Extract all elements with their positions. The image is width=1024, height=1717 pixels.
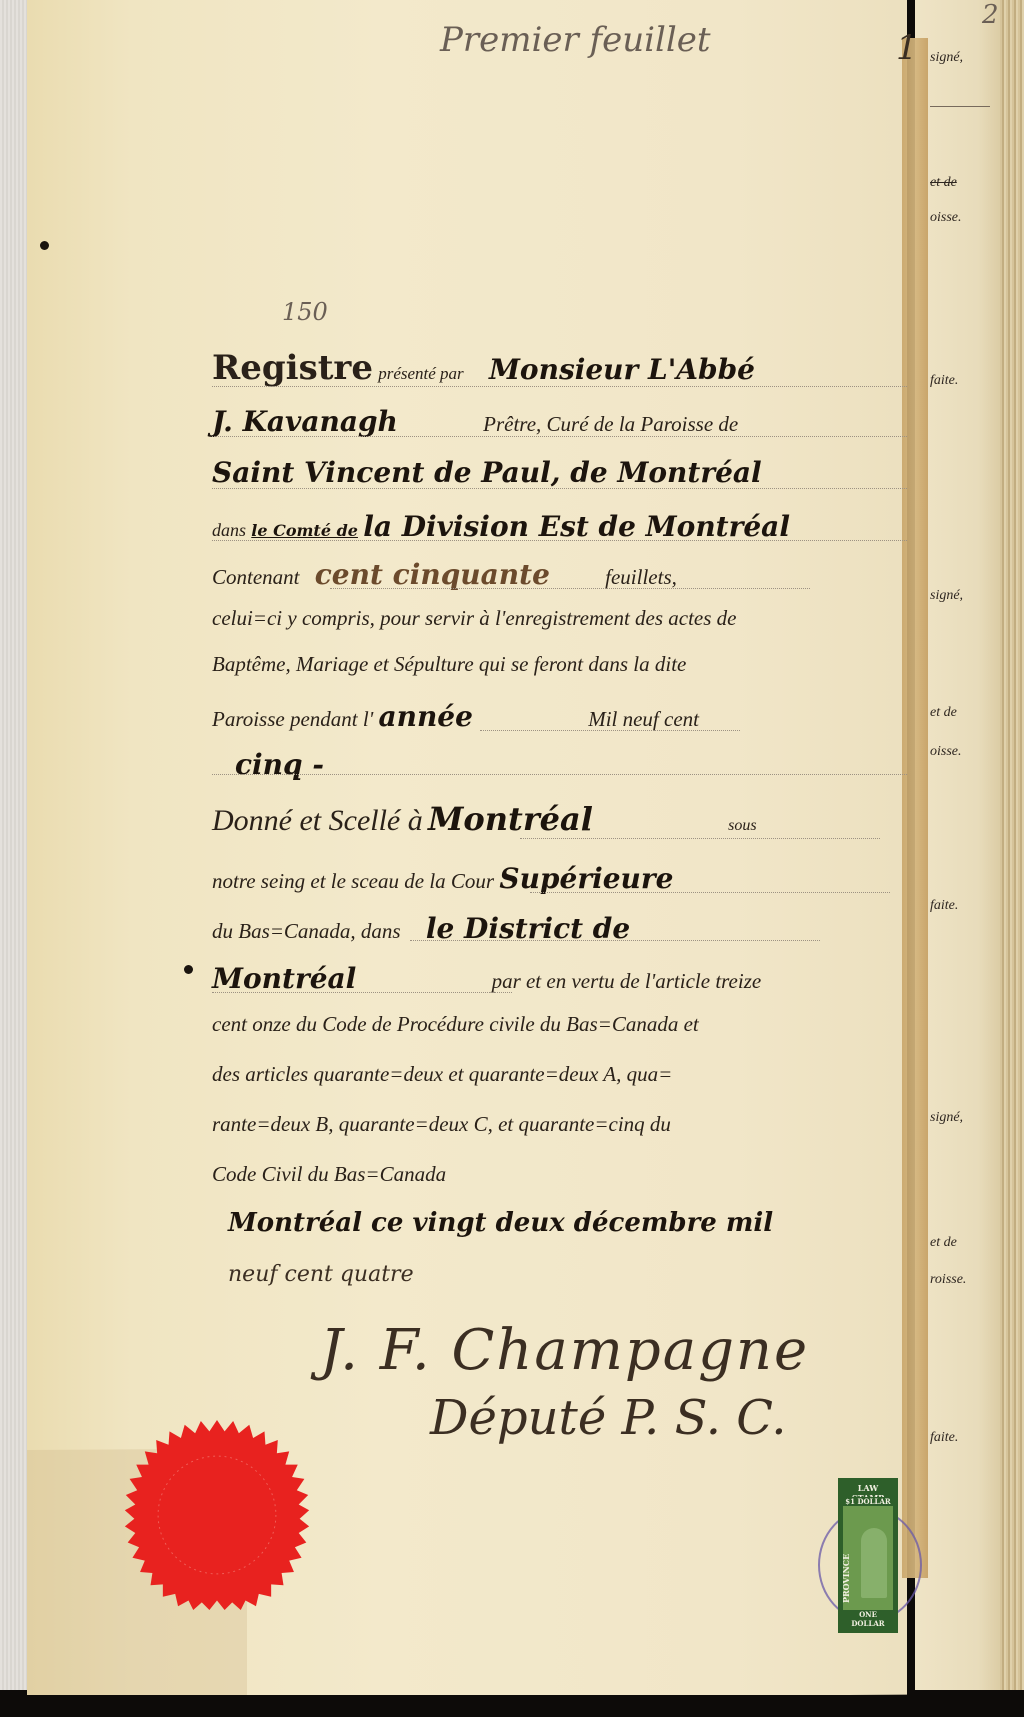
fill-line — [212, 774, 907, 775]
printed-text: Paroisse pendant l' — [212, 707, 373, 731]
binding-hole — [184, 965, 193, 974]
body-line-17: Code Civil du Bas=Canada — [212, 1162, 446, 1187]
printed-text: Mil neuf cent — [588, 707, 699, 731]
margin-fragment: signé, — [930, 50, 963, 66]
stamp-denomination: $1 DOLLAR — [843, 1497, 893, 1506]
printed-text: dans — [212, 520, 246, 540]
fill-line — [212, 992, 512, 993]
stamp-bottom-text: ONE DOLLAR — [843, 1610, 893, 1628]
printed-text: sous — [728, 817, 756, 834]
adjacent-page-edge — [915, 0, 1005, 1690]
handwritten-text: Saint Vincent de Paul, de Montréal — [212, 456, 762, 489]
closing-line-1: Montréal ce vingt deux décembre mil — [228, 1208, 773, 1238]
fill-line — [520, 838, 880, 839]
margin-fragment: oisse. — [930, 210, 962, 226]
book-binding-cloth — [0, 0, 27, 1690]
printed-text: présenté par — [378, 364, 463, 383]
margin-rule — [930, 106, 990, 107]
red-seal-icon — [122, 1420, 312, 1610]
law-stamp-one-dollar: LAW STAMP $1 DOLLAR PROVINCE ONE DOLLAR — [838, 1478, 898, 1633]
scan-background — [0, 1695, 1024, 1717]
margin-fragment: et de — [930, 705, 957, 721]
handwritten-text: J. Kavanagh — [212, 405, 398, 438]
signature-name: J. F. Champagne — [320, 1318, 809, 1383]
margin-fragment: faite. — [930, 898, 958, 914]
margin-fragment: faite. — [930, 373, 958, 389]
handwritten-text: Montréal — [428, 800, 593, 838]
fill-line — [212, 488, 907, 489]
body-line-11: notre seing et le sceau de la Cour Supér… — [212, 862, 673, 895]
margin-fragment: faite. — [930, 1430, 958, 1446]
body-line-14: cent onze du Code de Procédure civile du… — [212, 1012, 699, 1037]
fill-line — [410, 940, 820, 941]
stacked-page-edges — [1000, 0, 1024, 1690]
margin-fragment: signé, — [930, 588, 963, 604]
fill-line — [530, 892, 890, 893]
fill-line — [212, 436, 907, 437]
handwritten-text: Supérieure — [499, 862, 673, 895]
printed-text: notre seing et le sceau de la Cour — [212, 869, 494, 893]
body-line-8: Paroisse pendant l' année Mil neuf cent — [212, 700, 699, 733]
margin-fragment: oisse. — [930, 744, 962, 760]
body-line-5: Contenant cent cinquante feuillets, — [212, 558, 677, 591]
fill-line — [330, 588, 810, 589]
body-line-16: rante=deux B, quarante=deux C, et quaran… — [212, 1112, 671, 1137]
handwritten-text: Monsieur L'Abbé — [489, 353, 755, 386]
body-line-13: Montréal par et en vertu de l'article tr… — [212, 962, 761, 995]
printed-text: Contenant — [212, 565, 300, 589]
tape-number: 1 — [896, 28, 918, 68]
handwritten-text: la Division Est de Montréal — [363, 510, 790, 543]
body-line-4: dans le Comté de la Division Est de Mont… — [212, 510, 790, 543]
folio-count-pencil: 150 — [282, 298, 328, 326]
printed-text: Donné et Scellé à — [212, 804, 423, 837]
body-line-15: des articles quarante=deux et quarante=d… — [212, 1062, 672, 1087]
fill-line — [480, 730, 740, 731]
handwritten-text: Montréal — [212, 962, 356, 995]
body-line-10: Donné et Scellé à Montréal sous — [212, 800, 757, 838]
body-line-9: cinq - — [235, 748, 324, 781]
handwritten-text: cent cinquante — [315, 558, 550, 591]
margin-fragment: signé, — [930, 1110, 963, 1126]
margin-fragment: roisse. — [930, 1272, 966, 1288]
closing-line-2: neuf cent quatre — [228, 1262, 414, 1287]
body-line-2: J. Kavanagh Prêtre, Curé de la Paroisse … — [212, 405, 738, 438]
registre-heading: Registre — [212, 348, 373, 388]
repair-tape-strip — [902, 38, 928, 1578]
page-number: 2 — [982, 0, 999, 30]
body-line-1: Registre présenté par Monsieur L'Abbé — [212, 348, 755, 388]
fill-line — [212, 540, 907, 541]
body-line-3: Saint Vincent de Paul, de Montréal — [212, 456, 762, 489]
body-line-7: Baptême, Mariage et Sépulture qui se fer… — [212, 652, 686, 677]
handwritten-text: cinq - — [235, 748, 324, 781]
printed-text: feuillets, — [605, 565, 677, 589]
printed-text: du Bas=Canada, dans — [212, 919, 401, 943]
fill-line — [212, 386, 907, 387]
signature-title: Député P. S. C. — [430, 1390, 787, 1446]
handwritten-text: le Comté de — [251, 521, 358, 540]
handwritten-text: année — [378, 700, 473, 733]
body-line-6: celui=ci y compris, pour servir à l'enre… — [212, 606, 737, 631]
printed-text: par et en vertu de l'article treize — [492, 969, 762, 993]
margin-fragment: et de — [930, 1235, 957, 1251]
printed-text: Prêtre, Curé de la Paroisse de — [483, 412, 738, 436]
pencil-title: Premier feuillet — [440, 20, 711, 60]
binding-hole — [40, 241, 49, 250]
margin-fragment: et de — [930, 175, 957, 191]
stamp-figure-icon — [861, 1528, 887, 1598]
stamp-side-text: PROVINCE — [841, 1523, 853, 1603]
